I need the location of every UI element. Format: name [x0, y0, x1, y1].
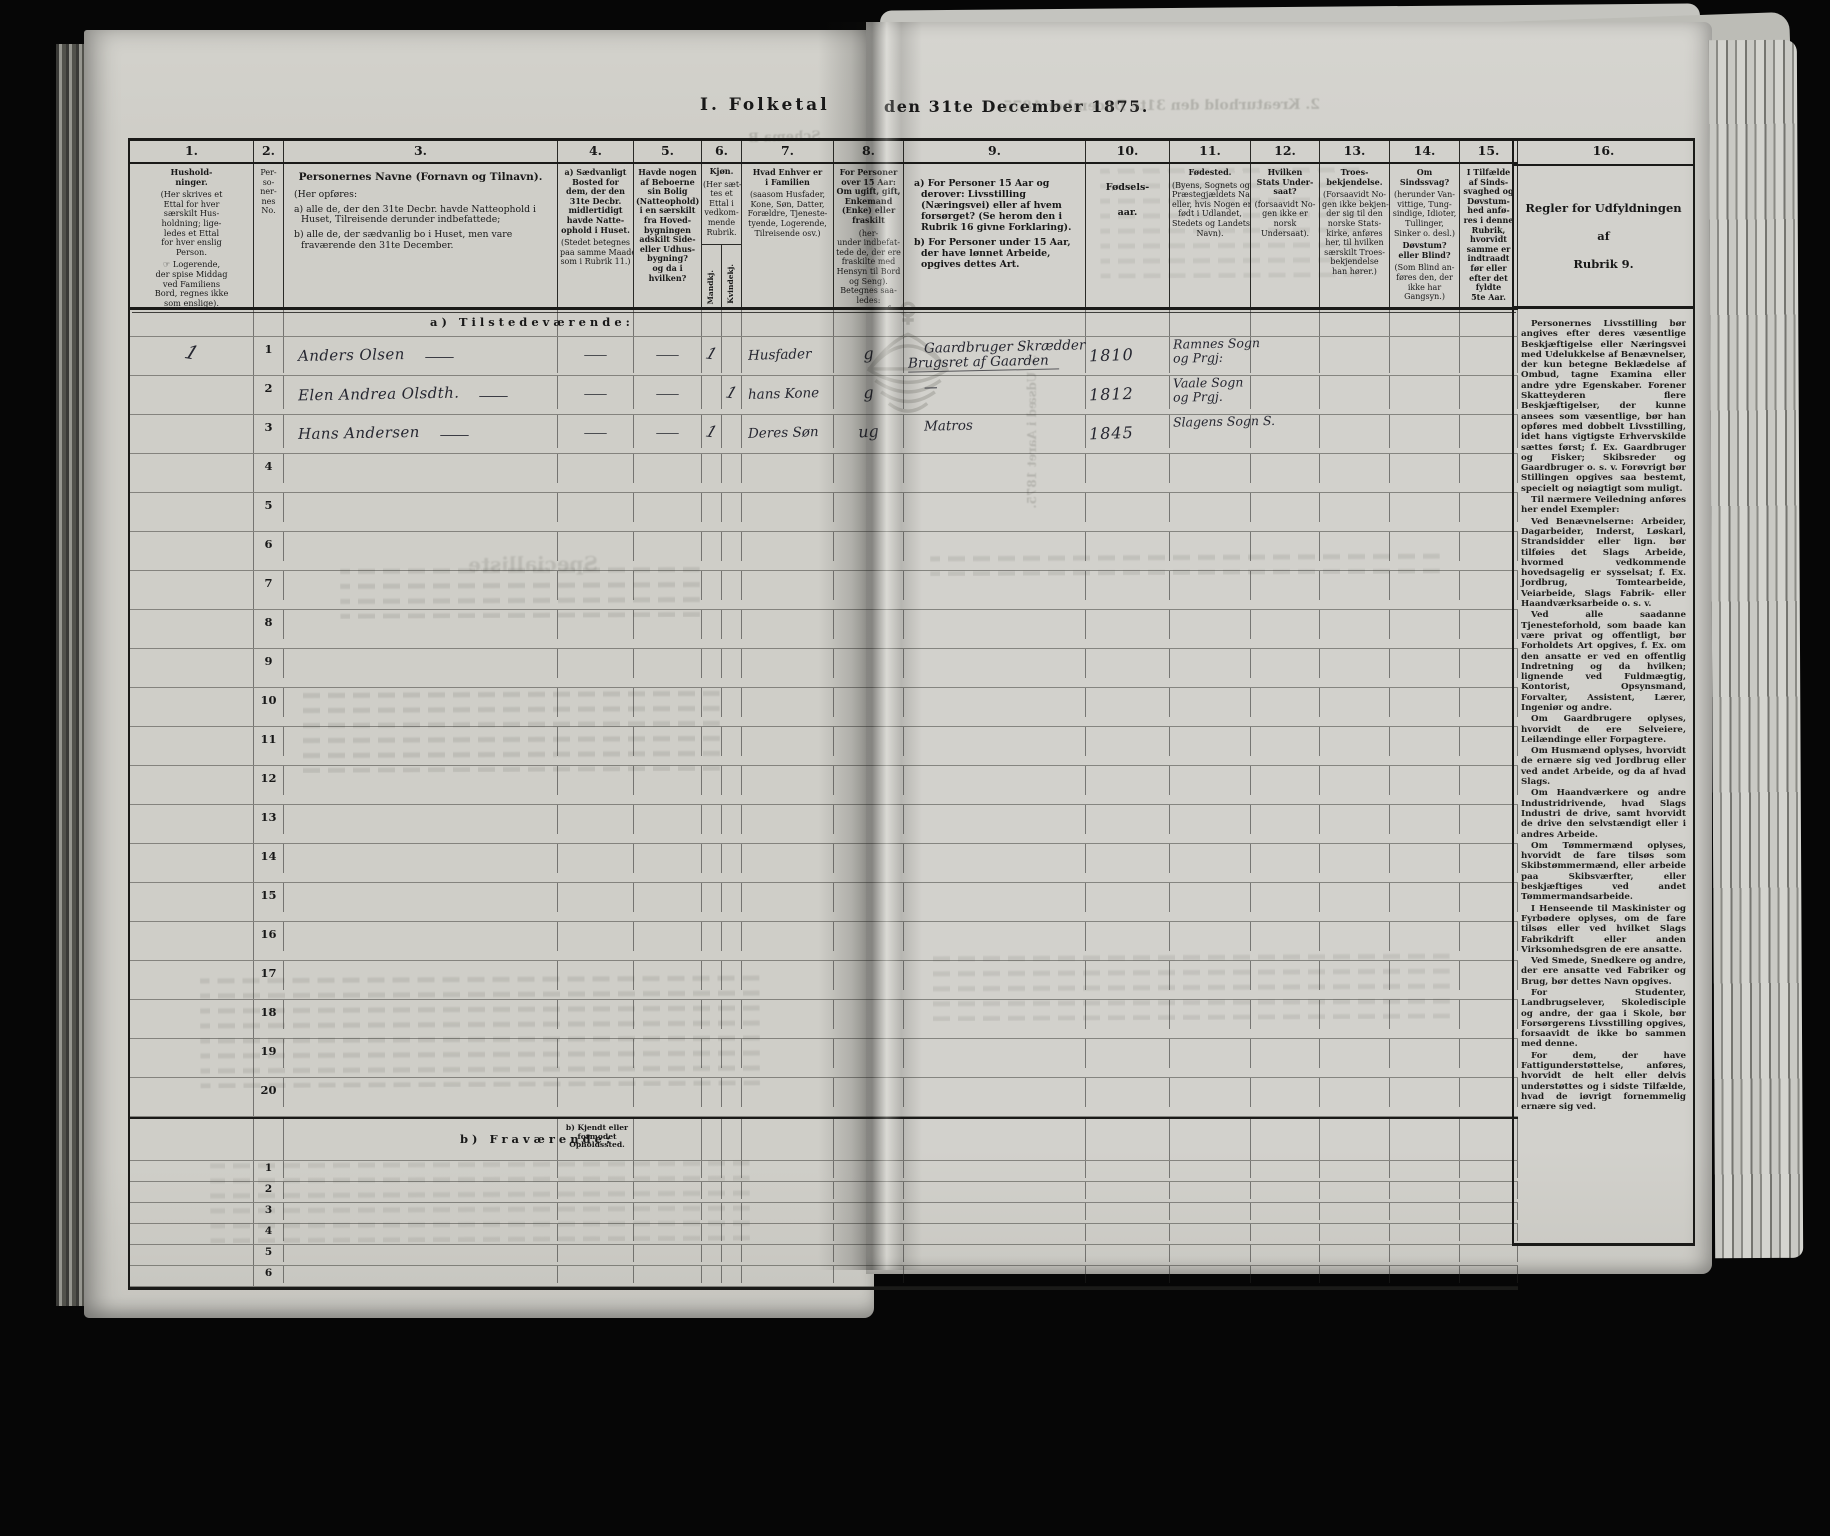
- table-cell: [1460, 961, 1518, 990]
- header-line: norsk: [1253, 219, 1317, 229]
- occupation-cell: —: [904, 376, 1086, 409]
- person-number: 2: [254, 381, 283, 395]
- family-position-cell: [742, 1245, 834, 1262]
- form-title-right: den 31te December 1875.: [884, 97, 1149, 116]
- col-number-15: 15.: [1460, 141, 1518, 162]
- household-cell: [130, 532, 254, 561]
- birth-place-cell: Slagens Sogn S.: [1170, 415, 1251, 448]
- header-segment: b) For Personer under 15 Aar, der have l…: [912, 237, 1077, 270]
- table-cell: [1390, 649, 1460, 678]
- present-row: 2Elen Andrea Olsdth.———1hans Koneg—1812V…: [130, 376, 1518, 415]
- marital-status-cell: [834, 1203, 904, 1220]
- marital-status-cell: [834, 1224, 904, 1241]
- family-position-cell: [742, 727, 834, 756]
- sex-male-cell: [702, 1203, 722, 1220]
- col-number-6: 6.: [702, 141, 742, 162]
- header-segment: Døvstum?eller Blind?: [1392, 241, 1457, 260]
- present-row: 18: [130, 1000, 1518, 1039]
- sex-male-cell: 1: [702, 337, 722, 373]
- table-cell: [1460, 1245, 1518, 1262]
- birth-place-cell: [1170, 1224, 1251, 1241]
- person-number: 7: [254, 576, 283, 590]
- table-cell: [904, 310, 1086, 336]
- table-cell: [1251, 805, 1320, 834]
- marital-status-cell: [834, 688, 904, 717]
- rules-paragraph: Ved Smede, Snedkere og andre, der ere an…: [1521, 956, 1686, 987]
- table-cell: [1390, 571, 1460, 600]
- occupation-cell: [904, 1203, 1086, 1220]
- header-segment: (Byens, Sognets ogPræstegjældets Navnell…: [1172, 181, 1248, 239]
- birth-place-cell: [1170, 571, 1251, 600]
- usual-residence-cell: [558, 571, 634, 600]
- table-cell: [130, 448, 254, 454]
- name-cell: [284, 961, 558, 990]
- name-dash: —: [439, 428, 470, 443]
- name-cell: [284, 1161, 558, 1178]
- person-number-cell: 6: [254, 532, 284, 561]
- sex-male-cell: [702, 1161, 722, 1178]
- absent-row: 1: [130, 1161, 1518, 1182]
- occupation-cell: [904, 1266, 1086, 1283]
- table-cell: [1320, 1039, 1390, 1068]
- table-cell: [1320, 1078, 1390, 1107]
- col-number-5: 5.: [634, 141, 702, 162]
- header-line: norske Stats-: [1322, 219, 1387, 229]
- table-cell: [1390, 1119, 1460, 1160]
- table-cell: [1460, 1224, 1518, 1241]
- sex-male-cell: [702, 610, 722, 639]
- usual-residence-cell: [558, 688, 634, 717]
- header-line: ug., g., e., f.: [836, 305, 901, 307]
- table-cell: [1320, 532, 1390, 561]
- sex-male-cell: [702, 493, 722, 522]
- table-cell: [1390, 337, 1460, 373]
- sex-male-cell: [702, 844, 722, 873]
- sex-female-cell: [722, 1161, 742, 1178]
- table-cell: [1390, 493, 1460, 522]
- col-number-1: 1.: [130, 141, 254, 162]
- sex-female-cell: 1: [722, 376, 742, 409]
- rules-paragraph: Om Tømmermænd oplyses, hvorvidt de fare …: [1521, 841, 1686, 903]
- birth-place-cell: [1170, 1245, 1251, 1262]
- table-cell: [1390, 376, 1460, 409]
- female-tally-mark: 1: [719, 382, 744, 403]
- name-cell: Elen Andrea Olsdth.—: [284, 376, 558, 409]
- household-cell: [130, 688, 254, 717]
- header-segment: (herunder Van-vittige, Tung-sindige, Idi…: [1392, 190, 1457, 238]
- header-line: ophold i Huset.: [560, 226, 631, 236]
- usual-residence-cell: [558, 883, 634, 912]
- name-cell: [284, 844, 558, 873]
- occupation-cell: [904, 844, 1086, 873]
- marital-status-cell: [834, 571, 904, 600]
- name-cell: [284, 766, 558, 795]
- occupation-cell: [904, 766, 1086, 795]
- birth-place-cell: [1170, 1203, 1251, 1220]
- header-segment: a) alle de, der den 31te Decbr. havde Na…: [292, 205, 549, 227]
- outbuilding-cell: —: [634, 415, 702, 448]
- header-line: vittige, Tung-: [1392, 200, 1457, 210]
- family-position-cell: [742, 571, 834, 600]
- absent-note-line: Opholdssted.: [560, 1141, 634, 1150]
- header-line: Fødsels-: [1088, 183, 1167, 193]
- male-tally-mark: 1: [699, 421, 724, 442]
- family-position: Husfader: [748, 346, 812, 364]
- sex-female-cell: [722, 1266, 742, 1283]
- outbuilding-cell: —: [634, 376, 702, 409]
- table-cell: [1251, 1000, 1320, 1029]
- col-number-9: 9.: [904, 141, 1086, 162]
- birth-year-cell: [1086, 883, 1170, 912]
- table-body: a) Tilstedeværende:11Anders Olsen———1Hus…: [130, 310, 1518, 1290]
- family-position-cell: [742, 493, 834, 522]
- table-cell: [130, 1029, 254, 1039]
- sex-female-cell: [722, 844, 742, 873]
- person-name: Anders Olsen: [298, 345, 405, 365]
- header-segment: For Personerover 15 Aar:Om ugift, gift,E…: [836, 168, 901, 226]
- name-cell: [284, 922, 558, 951]
- birth-place-cell: [1170, 1182, 1251, 1199]
- outbuilding-cell: [634, 532, 702, 561]
- table-cell: [130, 409, 254, 415]
- section-present-label: a) Tilstedeværende:: [430, 315, 634, 329]
- table-cell: [1251, 610, 1320, 639]
- birth-place-cell: [1170, 883, 1251, 912]
- table-cell: [722, 310, 742, 336]
- marital-status-cell: [834, 1078, 904, 1107]
- table-cell: [1460, 310, 1518, 336]
- name-cell: [284, 1078, 558, 1107]
- birth-place-cell: [1170, 688, 1251, 717]
- person-number: 1: [254, 342, 283, 356]
- marital-status-cell: [834, 1266, 904, 1283]
- header-segment: Fødested.: [1172, 168, 1248, 178]
- table-cell: [1460, 337, 1518, 373]
- sex-female-cell: [722, 337, 742, 373]
- table-cell: [1320, 1119, 1390, 1160]
- person-number-cell: 1: [254, 337, 284, 373]
- table-cell: [742, 1119, 834, 1160]
- family-position-cell: [742, 454, 834, 483]
- table-cell: [1390, 1224, 1460, 1241]
- family-position-cell: [742, 610, 834, 639]
- marital-status-cell: [834, 1161, 904, 1178]
- person-number: 4: [254, 459, 283, 473]
- header-line: No.: [256, 206, 281, 216]
- header-line: Stedets og Landets: [1172, 219, 1248, 229]
- person-number: 8: [254, 615, 283, 629]
- family-position-cell: [742, 922, 834, 951]
- header-line: (Som Blind an-: [1392, 263, 1457, 273]
- person-number: 19: [254, 1044, 283, 1058]
- header-segment: Per-so-ner-nesNo.: [256, 168, 281, 216]
- header-line: Sindssvag?: [1392, 178, 1457, 188]
- present-row: 7: [130, 571, 1518, 610]
- usual-residence-cell: [558, 805, 634, 834]
- table-cell: [1460, 727, 1518, 756]
- person-number: 14: [254, 849, 283, 863]
- household-tally-mark: 1: [127, 333, 257, 373]
- person-number: 12: [254, 771, 283, 785]
- birth-year: 1812: [1089, 383, 1170, 405]
- col-header-15: I Tilfældeaf Sinds-svaghed ogDøvstum-hed…: [1460, 164, 1518, 307]
- table-cell: [1460, 1203, 1518, 1220]
- sex-male-cell: 1: [702, 415, 722, 448]
- sex-female-cell: [722, 1224, 742, 1241]
- person-number-cell: 16: [254, 922, 284, 951]
- birth-place-cell: [1170, 1039, 1251, 1068]
- table-cell: [1390, 844, 1460, 873]
- rules-title-line: Rubrik 9.: [1573, 257, 1633, 271]
- household-cell: [130, 1266, 254, 1283]
- header-line: tes et: [703, 189, 740, 199]
- header-segment: a) For Personer 15 Aar og derover: Livss…: [912, 178, 1077, 233]
- table-cell: [1460, 922, 1518, 951]
- col-header-2: Per-so-ner-nesNo.: [254, 164, 284, 307]
- marital-status-cell: [834, 727, 904, 756]
- usual-residence-cell: [558, 454, 634, 483]
- marital-status-cell: [834, 454, 904, 483]
- birth-year-cell: [1086, 1000, 1170, 1029]
- table-cell: [1320, 571, 1390, 600]
- birth-year-cell: [1086, 454, 1170, 483]
- header-line: i Familien: [744, 178, 831, 188]
- birth-place-cell: [1170, 649, 1251, 678]
- occupation-cell: [904, 805, 1086, 834]
- usual-residence-cell: [558, 1000, 634, 1029]
- family-position-cell: [742, 1266, 834, 1283]
- family-position-cell: [742, 766, 834, 795]
- table-cell: [1320, 493, 1390, 522]
- table-cell: [1320, 766, 1390, 795]
- table-cell: [130, 639, 254, 649]
- present-row: 20: [130, 1078, 1518, 1117]
- person-number-cell: 14: [254, 844, 284, 873]
- birth-year-cell: [1086, 1224, 1170, 1241]
- present-row: 16: [130, 922, 1518, 961]
- marital-status-cell: [834, 961, 904, 990]
- rules-paragraph: Om Haandværkere og andre Industridrivend…: [1521, 788, 1686, 839]
- birth-year-cell: [1086, 1203, 1170, 1220]
- table-cell: [1320, 610, 1390, 639]
- occupation-cell: [904, 688, 1086, 717]
- usual-residence-cell: [558, 1245, 634, 1262]
- table-cell: [130, 561, 254, 571]
- table-cell: [130, 1119, 254, 1160]
- present-row: 11: [130, 727, 1518, 766]
- sex-male-cell: [702, 571, 722, 600]
- table-cell: [1320, 961, 1390, 990]
- birth-place-cell: [1170, 961, 1251, 990]
- col-number-11: 11.: [1170, 141, 1251, 162]
- person-number-cell: 10: [254, 688, 284, 717]
- marital-status-cell: [834, 610, 904, 639]
- name-cell: [284, 1245, 558, 1262]
- birth-place-line: og Prgj:: [1173, 350, 1250, 365]
- table-cell: [130, 1178, 254, 1182]
- table-cell: [1251, 649, 1320, 678]
- present-row: 19: [130, 1039, 1518, 1078]
- household-cell: [130, 1203, 254, 1220]
- usual-residence-cell: [558, 766, 634, 795]
- header-line: tyende, Logerende,: [744, 219, 831, 229]
- present-row: 9: [130, 649, 1518, 688]
- marital-status-cell: [834, 922, 904, 951]
- outbuilding-cell: [634, 688, 702, 717]
- outbuilding-cell: [634, 922, 702, 951]
- usual-residence-cell: [558, 1203, 634, 1220]
- occupation-cell: [904, 1182, 1086, 1199]
- person-number: 15: [254, 888, 283, 902]
- birth-year-cell: 1845: [1086, 415, 1170, 448]
- header-segment: (forsaavidt No-gen ikke ernorskUndersaat…: [1253, 200, 1317, 238]
- person-number: 3: [254, 420, 283, 434]
- table-cell: [1251, 727, 1320, 756]
- person-number-cell: 19: [254, 1039, 284, 1068]
- table-cell: [1251, 1182, 1320, 1199]
- outbuilding-cell: [634, 1161, 702, 1178]
- header-line: (her-: [836, 229, 901, 239]
- present-row: 12: [130, 766, 1518, 805]
- usual-residence-cell: [558, 1266, 634, 1283]
- person-number-cell: 5: [254, 1245, 284, 1262]
- name-cell: [284, 649, 558, 678]
- person-number: 20: [254, 1083, 283, 1097]
- header-line: Tilreisende osv.): [744, 229, 831, 239]
- name-cell: [284, 688, 558, 717]
- header-line: (Stedet betegnes: [560, 238, 631, 248]
- header-line: (Byens, Sognets og: [1172, 181, 1248, 191]
- occupation-cell: [904, 610, 1086, 639]
- rules-title-line: Regler for Udfyldningen: [1525, 201, 1681, 215]
- household-cell: [130, 610, 254, 639]
- name-cell: [284, 1203, 558, 1220]
- sex-female-cell: [722, 454, 742, 483]
- name-cell: [284, 727, 558, 756]
- table-cell: [1320, 1161, 1390, 1178]
- table-cell: [634, 310, 702, 336]
- table-cell: [130, 756, 254, 766]
- marital-status: ug: [834, 420, 904, 443]
- table-cell: [130, 912, 254, 922]
- sex-male-cell: [702, 805, 722, 834]
- table-cell: [130, 1199, 254, 1203]
- table-cell: [254, 310, 284, 336]
- header-line: Ettal i: [703, 199, 740, 209]
- header-segment: a) SædvanligtBosted fordem, der den31te …: [560, 168, 631, 235]
- usual-residence-cell: [558, 649, 634, 678]
- header-segment: OmSindssvag?: [1392, 168, 1457, 187]
- family-position-cell: [742, 844, 834, 873]
- usual-residence-cell: [558, 922, 634, 951]
- outbuilding-cell: —: [634, 337, 702, 373]
- birth-year-cell: [1086, 727, 1170, 756]
- header-line: (Forsaavidt No-: [1322, 190, 1387, 200]
- header-line: Per-: [256, 168, 281, 178]
- rules-title-line: af: [1597, 229, 1609, 243]
- header-line: som enslige).: [132, 299, 251, 307]
- birth-place-cell: [1170, 844, 1251, 873]
- family-position-cell: [742, 1182, 834, 1199]
- household-cell: [130, 376, 254, 409]
- person-number-cell: 11: [254, 727, 284, 756]
- occupation-cell: [904, 532, 1086, 561]
- household-cell: [130, 1245, 254, 1262]
- header-segment: Fødsels-aar.: [1088, 183, 1167, 217]
- name-cell: [284, 1182, 558, 1199]
- sex-female-cell: [722, 688, 742, 717]
- sex-male-cell: [702, 688, 722, 717]
- header-segment: (Her sæt-tes etEttal ivedkom-mendeRubrik…: [703, 180, 740, 238]
- sex-female-cell: [722, 1078, 742, 1107]
- table-cell: [1390, 766, 1460, 795]
- outbuilding-cell: [634, 766, 702, 795]
- table-cell: [1320, 1266, 1390, 1283]
- header-line: (Her sæt-: [703, 180, 740, 190]
- usual-residence-cell: [558, 610, 634, 639]
- birth-year-cell: 1810: [1086, 337, 1170, 373]
- marital-status-cell: [834, 493, 904, 522]
- name-cell: [284, 805, 558, 834]
- marital-status-cell: g: [834, 337, 904, 373]
- present-row: 8: [130, 610, 1518, 649]
- person-number: 6: [254, 537, 283, 551]
- table-cell: [1251, 1266, 1320, 1283]
- header-segment: I Tilfældeaf Sinds-svaghed ogDøvstum-hed…: [1462, 168, 1515, 302]
- table-cell: [1460, 610, 1518, 639]
- header-segment: (Stedet betegnespaa samme Maadesom i Rub…: [560, 238, 631, 267]
- occupation-cell: [904, 1000, 1086, 1029]
- usual-residence-cell: [558, 493, 634, 522]
- header-segment: b) alle de, der sædvanlig bo i Huset, me…: [292, 230, 549, 252]
- birth-year-cell: [1086, 766, 1170, 795]
- birth-year-cell: [1086, 922, 1170, 951]
- table-cell: [1460, 493, 1518, 522]
- household-cell: [130, 961, 254, 990]
- birth-year-cell: [1086, 844, 1170, 873]
- occupation-cell: [904, 883, 1086, 912]
- family-position-cell: [742, 1039, 834, 1068]
- col-number-4: 4.: [558, 141, 634, 162]
- absent-row: 3: [130, 1203, 1518, 1224]
- table-cell: [1460, 883, 1518, 912]
- occupation-cell: [904, 571, 1086, 600]
- table-cell: [1390, 310, 1460, 336]
- census-table: 1.2.3.4.5.6.7.8.9.10.11.12.13.14.15. Hus…: [128, 138, 1695, 1290]
- rules-title: Regler for UdfyldningenafRubrik 9.: [1514, 166, 1693, 309]
- form-title-left: I. Folketal: [700, 95, 830, 115]
- absent-row: 5: [130, 1245, 1518, 1266]
- table-cell: [130, 1262, 254, 1266]
- absent-row: 2: [130, 1182, 1518, 1203]
- family-position-cell: Husfader: [742, 337, 834, 373]
- outbuilding-cell: [634, 1224, 702, 1241]
- birth-place-cell: [1170, 493, 1251, 522]
- col-header-13: Troes-bekjendelse.(Forsaavidt No-gen ikk…: [1320, 164, 1390, 307]
- table-cell: [1460, 1078, 1518, 1107]
- outbuilding-cell: [634, 1078, 702, 1107]
- person-number-cell: 3: [254, 1203, 284, 1220]
- sex-female-cell: [722, 1245, 742, 1262]
- birth-place-cell: [1170, 1266, 1251, 1283]
- person-number: 16: [254, 927, 283, 941]
- usual-residence-cell: [558, 1224, 634, 1241]
- header-line: han hører.): [1322, 267, 1387, 277]
- col-header-9: a) For Personer 15 Aar og derover: Livss…: [904, 164, 1086, 307]
- sex-male-cell: [702, 1182, 722, 1199]
- person-number-cell: 8: [254, 610, 284, 639]
- sex-male-cell: [702, 922, 722, 951]
